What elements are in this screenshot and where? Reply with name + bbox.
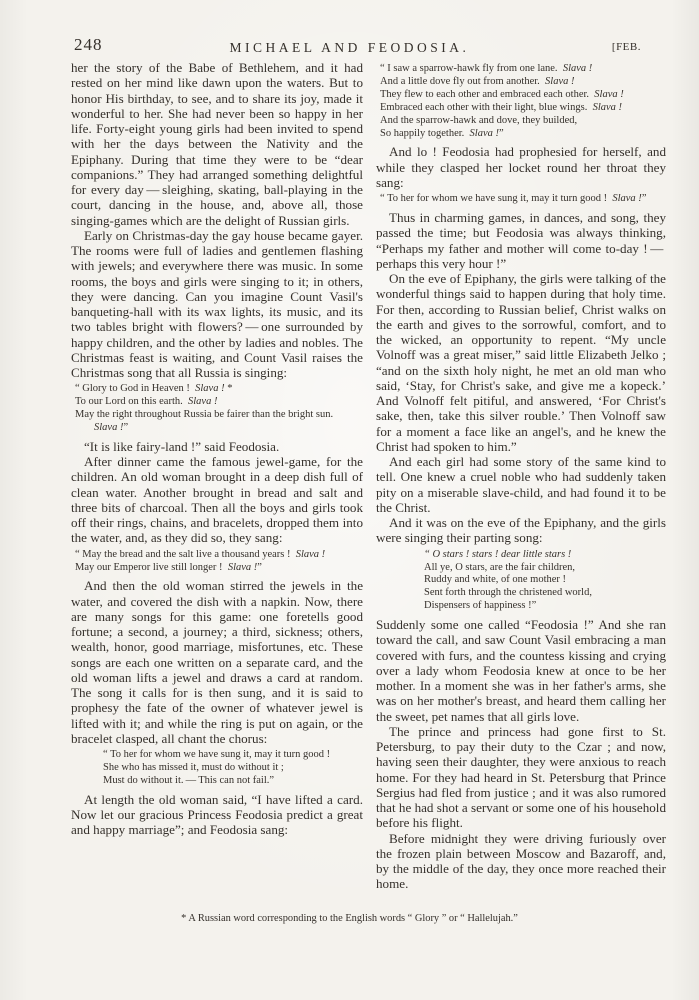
right-column: “ I saw a sparrow-hawk fly from one lane… [376,60,666,892]
verse-text: Embraced each other with their light, bl… [380,102,593,113]
verse-line: “ Glory to God in Heaven ! Slava ! * [75,383,363,396]
paragraph: The prince and princess had gone first t… [376,724,666,831]
slava-italic-text: Slava ! [470,128,499,139]
paragraph: And each girl had some story of the same… [376,454,666,515]
verse-text: ” [123,422,128,433]
verse-text: May our Emperor live still longer ! [75,562,228,573]
header-date-label: [FEB. [612,41,641,53]
verse-text: ” [499,128,504,139]
paragraph: Suddenly some one called “Feodosia !” An… [376,617,666,724]
verse-text: Ruddy and white, of one mother ! [424,574,566,585]
verse-text: “ I saw a sparrow-hawk fly from one lane… [380,63,563,74]
verse: “ May the bread and the salt live a thou… [75,549,363,575]
paragraph: Early on Christmas-day the gay house bec… [71,228,363,381]
paragraph: And then the old woman stirred the jewel… [71,578,363,746]
verse-text: “ To her for whom we have sung it, may i… [380,193,612,204]
paragraph: Before midnight they were driving furiou… [376,831,666,892]
verse-line: “ May the bread and the salt live a thou… [75,549,363,562]
verse: “ To her for whom we have sung it, may i… [380,193,666,206]
verse-line: Dispensers of happiness !” [424,600,666,613]
verse-line: Must do without it. — This can not fail.… [103,775,363,788]
paragraph: After dinner came the famous jewel-game,… [71,454,363,546]
verse-line: To our Lord on this earth. Slava ! [75,396,363,409]
verse-line: “ To her for whom we have sung it, may i… [103,749,363,762]
verse-text: They flew to each other and embraced eac… [380,89,594,100]
footnote: * A Russian word corresponding to the En… [0,913,699,924]
paragraph: And lo ! Feodosia had prophesied for her… [376,144,666,190]
paragraph: her the story of the Babe of Bethlehem, … [71,60,363,228]
left-column: her the story of the Babe of Bethlehem, … [71,60,363,838]
verse-line: May the right throughout Russia be faire… [75,409,363,422]
slava-italic-text: Slava ! [228,562,257,573]
verse-line: May our Emperor live still longer ! Slav… [75,562,363,575]
verse-text: To our Lord on this earth. [75,396,188,407]
slava-italic-text: Slava ! [545,76,574,87]
verse-line: “ O stars ! stars ! dear little stars ! [424,549,666,562]
slava-italic-text: Slava ! [563,63,592,74]
paragraph: And it was on the eve of the Epiphany, a… [376,515,666,546]
verse-line: Embraced each other with their light, bl… [380,102,666,115]
verse-text: “ To her for whom we have sung it, may i… [103,749,330,760]
slava-italic-text: Slava ! [188,396,217,407]
verse-line: Ruddy and white, of one mother ! [424,574,666,587]
slava-italic-text: Slava ! [296,549,325,560]
verse-text: ” [257,562,262,573]
verse: “ Glory to God in Heaven ! Slava ! *To o… [75,383,363,435]
verse-text: “ May the bread and the salt live a thou… [75,549,296,560]
verse-line: She who has missed it, must do without i… [103,762,363,775]
verse-line: They flew to each other and embraced eac… [380,89,666,102]
verse: “ O stars ! stars ! dear little stars !A… [424,549,666,614]
running-title: MICHAEL AND FEODOSIA. [0,40,699,56]
verse-line: “ I saw a sparrow-hawk fly from one lane… [380,63,666,76]
verse-line: And the sparrow-hawk and dove, they buil… [380,115,666,128]
verse-text: And a little dove fly out from another. [380,76,545,87]
verse-text: All ye, O stars, are the fair children, [424,562,575,573]
slava-italic-text: Slava ! [612,193,641,204]
verse-line: So happily together. Slava !” [380,128,666,141]
paragraph: On the eve of Epiphany, the girls were t… [376,271,666,454]
verse-line: And a little dove fly out from another. … [380,76,666,89]
verse-line: Sent forth through the christened world, [424,587,666,600]
verse: “ To her for whom we have sung it, may i… [103,749,363,788]
verse-line: Slava !” [75,422,363,435]
verse-text: ” [642,193,647,204]
verse-line: All ye, O stars, are the fair children, [424,562,666,575]
verse-text: Dispensers of happiness !” [424,600,536,611]
slava-italic-text: Slava ! [195,383,224,394]
verse-text: May the right throughout Russia be faire… [75,409,333,420]
slava-italic-text: Slava ! [94,422,123,433]
book-page: 248 MICHAEL AND FEODOSIA. [FEB. her the … [0,0,699,1000]
verse-line: “ To her for whom we have sung it, may i… [380,193,666,206]
verse-text: She who has missed it, must do without i… [103,762,284,773]
paragraph: Thus in charming games, in dances, and s… [376,210,666,271]
verse: “ I saw a sparrow-hawk fly from one lane… [380,63,666,140]
slava-italic-text: Slava ! [593,102,622,113]
verse-text: So happily together. [380,128,470,139]
slava-italic-text: Slava ! [594,89,623,100]
paragraph: At length the old woman said, “I have li… [71,792,363,838]
verse-text: Sent forth through the christened world, [424,587,592,598]
verse-text: And the sparrow-hawk and dove, they buil… [380,115,577,126]
verse-text: “ Glory to God in Heaven ! [75,383,195,394]
slava-italic-text: “ O stars ! stars ! dear little stars ! [424,549,571,560]
verse-text: Must do without it. — This can not fail.… [103,775,274,786]
verse-text: * [225,383,233,394]
paragraph: “It is like fairy-land !” said Feodosia. [71,439,363,454]
